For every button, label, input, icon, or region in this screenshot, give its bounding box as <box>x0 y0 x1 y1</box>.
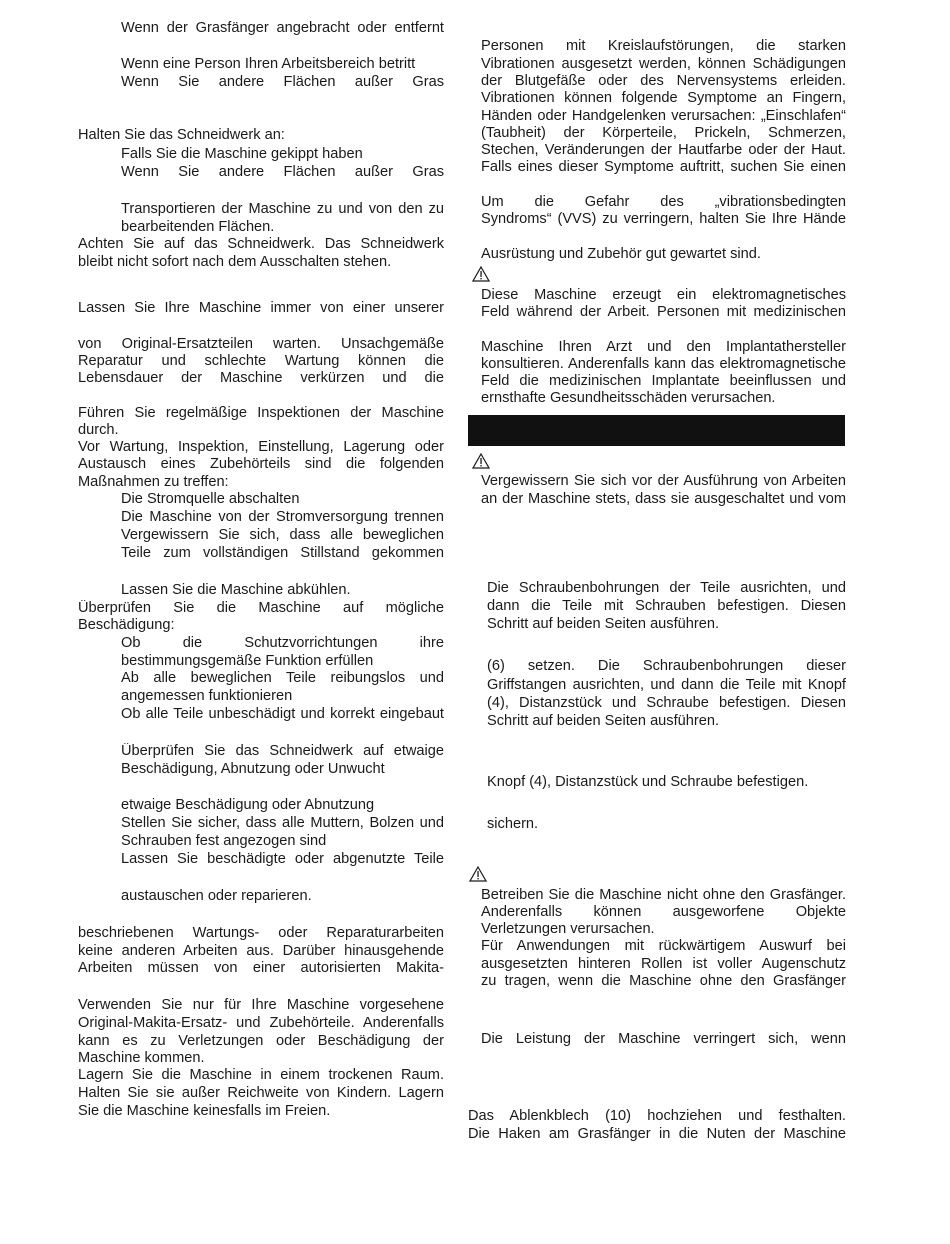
text-line: keine anderen Arbeiten aus. Darüber hina… <box>78 943 444 960</box>
text-line: bearbeitenden Flächen. <box>121 219 444 236</box>
text-line: konsultieren. Anderenfalls kann das elek… <box>481 356 846 373</box>
text-line: Falls eines dieser Symptome auftritt, su… <box>481 159 846 176</box>
text-line: Lassen Sie Ihre Maschine immer von einer… <box>78 300 444 317</box>
text-line: Wenn Sie andere Flächen außer Gras <box>121 74 444 91</box>
text-line: Die Stromquelle abschalten <box>121 491 444 508</box>
text-line: Lassen Sie beschädigte oder abgenutzte T… <box>121 851 444 868</box>
text-line: an der Maschine stets, dass sie ausgesch… <box>481 491 846 508</box>
text-line: Lebensdauer der Maschine verkürzen und d… <box>78 370 444 387</box>
text-line: Stechen, Veränderungen der Hautfarbe ode… <box>481 142 846 159</box>
text-line: Lassen Sie die Maschine abkühlen. <box>121 582 444 599</box>
text-line: durch. <box>78 422 444 439</box>
text-line: Wenn Sie andere Flächen außer Gras <box>121 164 444 181</box>
section-header-bar <box>468 415 845 446</box>
text-line: Maschine kommen. <box>78 1050 444 1067</box>
text-line: ernsthafte Gesundheitsschäden verursache… <box>481 390 846 407</box>
text-line: Griffstangen ausrichten, und dann die Te… <box>487 677 846 694</box>
text-line: Schritt auf beiden Seiten ausführen. <box>487 713 846 730</box>
text-line: Personen mit Kreislaufstörungen, die sta… <box>481 38 846 55</box>
text-line: angemessen funktionieren <box>121 688 444 705</box>
text-line: Anderenfalls können ausgeworfene Objekte <box>481 904 846 921</box>
text-line: Die Schraubenbohrungen der Teile ausrich… <box>487 580 846 597</box>
warning-triangle-icon <box>469 866 487 882</box>
text-line: Schritt auf beiden Seiten ausführen. <box>487 616 846 633</box>
text-line: sichern. <box>487 816 846 833</box>
text-line: der Blutgefäße oder des Nervensystems er… <box>481 73 846 90</box>
text-line: Maschine Ihren Arzt und den Implantather… <box>481 339 846 356</box>
text-line: Beschädigung, Abnutzung oder Unwucht <box>121 761 444 778</box>
text-line: Um die Gefahr des „vibrationsbedingten v… <box>481 194 846 211</box>
text-line: kann es zu Verletzungen oder Beschädigun… <box>78 1033 444 1050</box>
text-line: Für Anwendungen mit rückwärtigem Auswurf… <box>481 938 846 955</box>
text-line: bleibt nicht sofort nach dem Ausschalten… <box>78 254 444 271</box>
text-line: Vergewissern Sie sich, dass alle bewegli… <box>121 527 444 544</box>
text-line: Die Haken am Grasfänger in die Nuten der… <box>468 1126 846 1143</box>
text-line: Ab alle beweglichen Teile reibungslos un… <box>121 670 444 687</box>
text-line: ausgesetzten hinteren Rollen ist voller … <box>481 956 846 973</box>
text-line: beschriebenen Wartungs- oder Reparaturar… <box>78 925 444 942</box>
text-line: Vergewissern Sie sich vor der Ausführung… <box>481 473 846 490</box>
text-line: Achten Sie auf das Schneidwerk. Das Schn… <box>78 236 444 253</box>
text-line: Austausch eines Zubehörteils sind die fo… <box>78 456 444 473</box>
warning-triangle-icon <box>472 453 490 469</box>
text-line: Arbeiten müssen von einer autorisierten … <box>78 960 444 977</box>
text-line: Ob alle Teile unbeschädigt und korrekt e… <box>121 706 444 723</box>
text-line: Feld die medizinischen Implantate beeinf… <box>481 373 846 390</box>
text-line: Verwenden Sie nur für Ihre Maschine vorg… <box>78 997 444 1014</box>
text-line: Maßnahmen zu treffen: <box>78 474 444 491</box>
text-line: Feld während der Arbeit. Personen mit me… <box>481 304 846 321</box>
text-line: Stellen Sie sicher, dass alle Muttern, B… <box>121 815 444 832</box>
text-line: Vibrationen können folgende Symptome an … <box>481 90 846 107</box>
text-line: Knopf (4), Distanzstück und Schraube bef… <box>487 774 846 791</box>
text-line: (Taubheit) der Körperteile, Prickeln, Sc… <box>481 125 846 142</box>
text-line: Halten Sie das Schneidwerk an: <box>78 127 444 144</box>
text-line: zu tragen, wenn die Maschine ohne den Gr… <box>481 973 846 990</box>
text-line: Ob die Schutzvorrichtungen ihre <box>121 635 444 652</box>
text-line: Wenn eine Person Ihren Arbeitsbereich be… <box>121 56 444 73</box>
text-line: Führen Sie regelmäßige Inspektionen der … <box>78 405 444 422</box>
text-line: Diese Maschine erzeugt ein elektromagnet… <box>481 287 846 304</box>
text-line: Betreiben Sie die Maschine nicht ohne de… <box>481 887 846 904</box>
text-line: Schrauben fest angezogen sind <box>121 833 444 850</box>
text-line: Falls Sie die Maschine gekippt haben <box>121 146 444 163</box>
text-line: Überprüfen Sie die Maschine auf mögliche <box>78 600 444 617</box>
text-line: Ausrüstung und Zubehör gut gewartet sind… <box>481 246 846 263</box>
text-line: Beschädigung: <box>78 617 444 634</box>
text-line: Teile zum vollständigen Stillstand gekom… <box>121 545 444 562</box>
text-line: Wenn der Grasfänger angebracht oder entf… <box>121 20 444 37</box>
text-line: Sie die Maschine keinesfalls im Freien. <box>78 1103 444 1120</box>
text-line: austauschen oder reparieren. <box>121 888 444 905</box>
text-line: bestimmungsgemäße Funktion erfüllen <box>121 653 444 670</box>
text-line: Überprüfen Sie das Schneidwerk auf etwai… <box>121 743 444 760</box>
text-line: von Original-Ersatzteilen warten. Unsach… <box>78 336 444 353</box>
text-line: Original-Makita-Ersatz- und Zubehörteile… <box>78 1015 444 1032</box>
text-line: Das Ablenkblech (10) hochziehen und fest… <box>468 1108 846 1125</box>
text-line: Reparatur und schlechte Wartung können d… <box>78 353 444 370</box>
text-line: Händen oder Handgelenken verursachen: „E… <box>481 108 846 125</box>
text-line: Verletzungen verursachen. <box>481 921 846 938</box>
text-line: Die Maschine von der Stromversorgung tre… <box>121 509 444 526</box>
warning-triangle-icon <box>472 266 490 282</box>
text-line: dann die Teile mit Schrauben befestigen.… <box>487 598 846 615</box>
text-line: (4), Distanzstück und Schraube befestige… <box>487 695 846 712</box>
text-line: etwaige Beschädigung oder Abnutzung <box>121 797 444 814</box>
text-line: Vibrationen ausgesetzt werden, können Sc… <box>481 56 846 73</box>
text-line: (6) setzen. Die Schraubenbohrungen diese… <box>487 658 846 675</box>
text-line: Syndroms“ (VVS) zu verringern, halten Si… <box>481 211 846 228</box>
text-line: Lagern Sie die Maschine in einem trocken… <box>78 1067 444 1084</box>
text-line: Vor Wartung, Inspektion, Einstellung, La… <box>78 439 444 456</box>
text-line: Die Leistung der Maschine verringert sic… <box>481 1031 846 1048</box>
text-line: Transportieren der Maschine zu und von d… <box>121 201 444 218</box>
text-line: Halten Sie sie außer Reichweite von Kind… <box>78 1085 444 1102</box>
